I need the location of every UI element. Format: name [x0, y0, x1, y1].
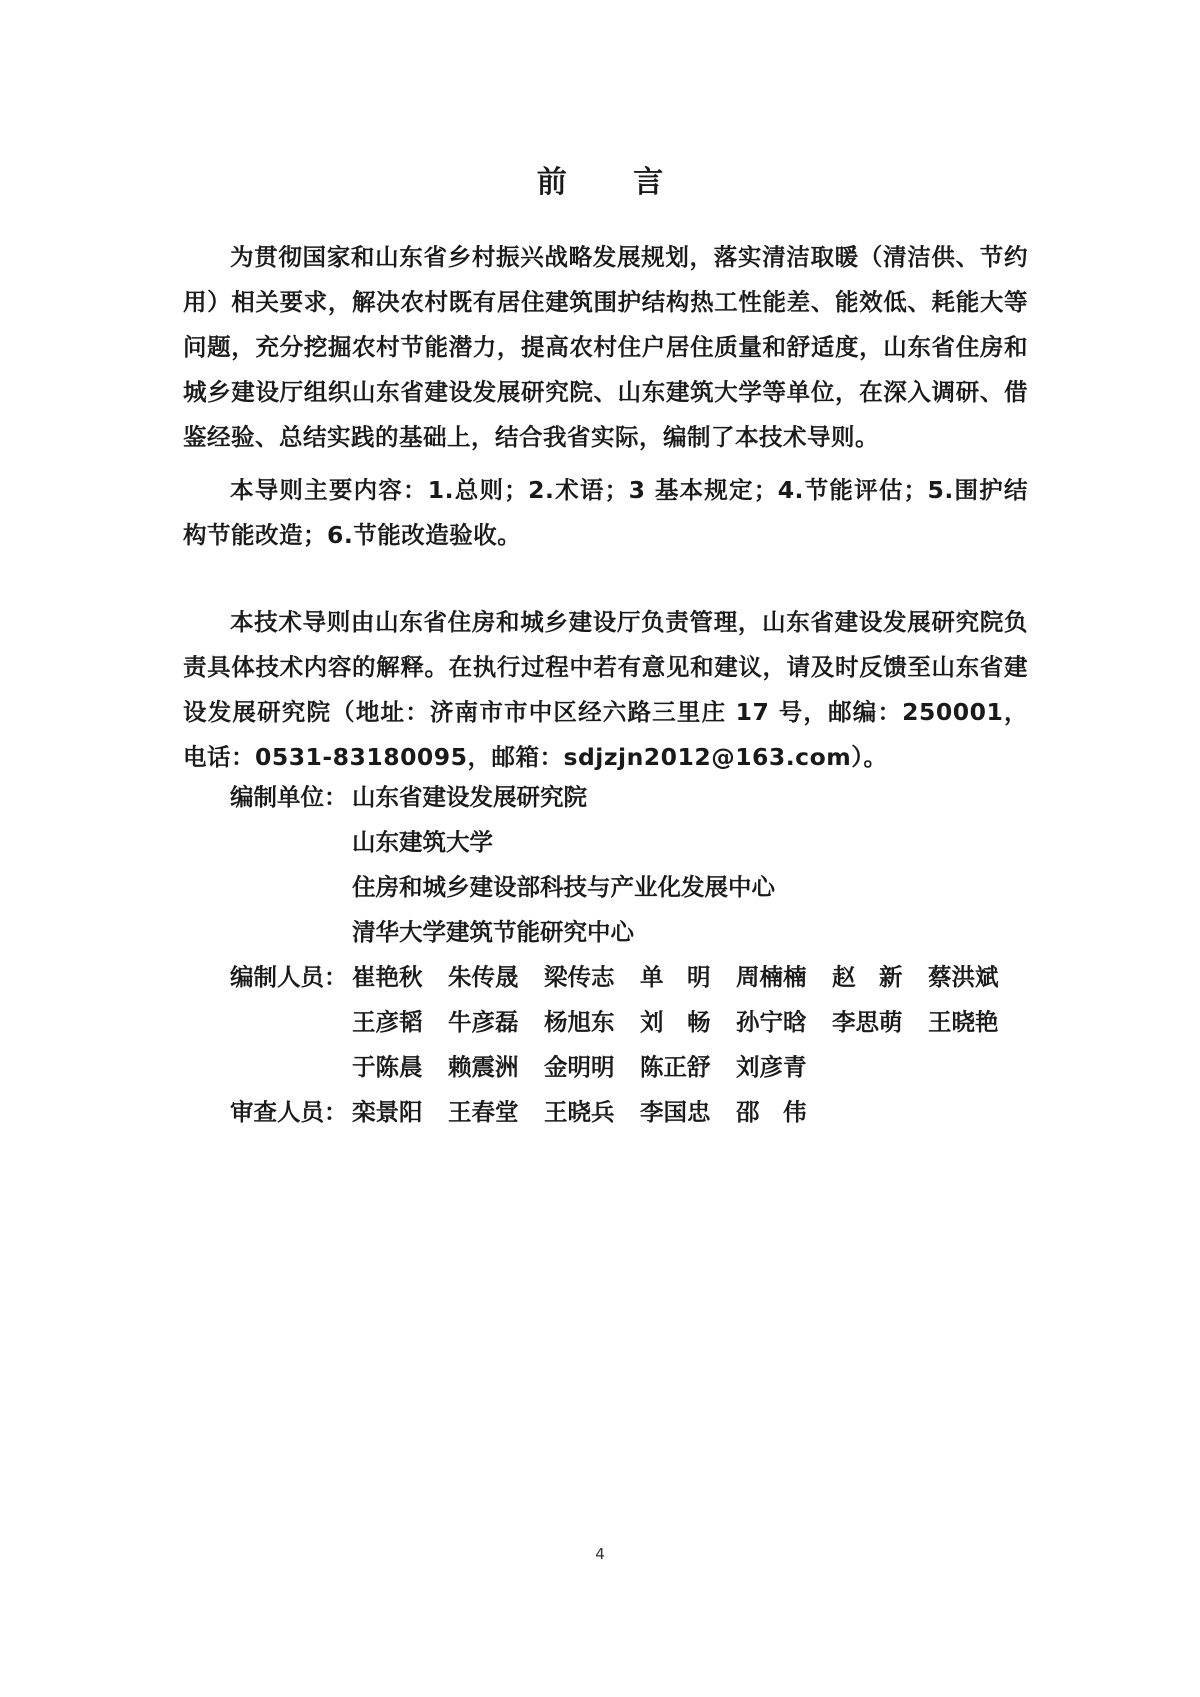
compiling-unit: 山东省建设发展研究院: [352, 775, 587, 820]
compiler-name: 李思萌: [832, 1000, 928, 1045]
compiler-name: 于陈晨: [352, 1045, 448, 1090]
page-title: 前 言: [0, 157, 1200, 201]
compiling-units-row: 住房和城乡建设部科技与产业化发展中心: [230, 865, 1024, 910]
page-number: 4: [0, 1545, 1200, 1563]
compiling-units-row: 山东建筑大学: [230, 820, 1024, 865]
reviewers-names: 栾景阳 王春堂 王晓兵 李国忠 邵 伟: [352, 1090, 832, 1135]
compiler-name: 陈正舒: [640, 1045, 736, 1090]
reviewer-name: 王春堂: [448, 1090, 544, 1135]
credits-section: 编制单位： 山东省建设发展研究院 山东建筑大学 住房和城乡建设部科技与产业化发展…: [230, 775, 1024, 1135]
reviewer-name: 王晓兵: [544, 1090, 640, 1135]
compiling-units-label: 编制单位：: [230, 775, 352, 820]
document-page: 前 言 为贯彻国家和山东省乡村振兴战略发展规划，落实清洁取暖（清洁供、节约用）相…: [0, 0, 1200, 1697]
compiler-name: 崔艳秋: [352, 955, 448, 1000]
compilers-row: 编制人员： 崔艳秋 朱传晟 梁传志 单 明 周楠楠 赵 新 蔡洪斌: [230, 955, 1024, 1000]
compiler-name: 金明明: [544, 1045, 640, 1090]
compiler-name: 单 明: [640, 955, 736, 1000]
compiler-name: 周楠楠: [736, 955, 832, 1000]
compiler-name: 赵 新: [832, 955, 928, 1000]
paragraph-text: 本导则主要内容：1.总则；2.术语；3 基本规定；4.节能评估；5.围护结构节能…: [183, 468, 1028, 558]
compiling-unit: 清华大学建筑节能研究中心: [352, 910, 634, 955]
paragraph-management: 本技术导则由山东省住房和城乡建设厅负责管理，山东省建设发展研究院负责具体技术内容…: [183, 600, 1028, 780]
compiler-name: 杨旭东: [544, 1000, 640, 1045]
paragraph-text: 为贯彻国家和山东省乡村振兴战略发展规划，落实清洁取暖（清洁供、节约用）相关要求，…: [183, 235, 1028, 460]
compiling-unit: 住房和城乡建设部科技与产业化发展中心: [352, 865, 775, 910]
compiler-name: 赖震洲: [448, 1045, 544, 1090]
compilers-names: 王彦韬 牛彦磊 杨旭东 刘 畅 孙宁晗 李思萌 王晓艳: [352, 1000, 1024, 1045]
reviewers-label: 审查人员：: [230, 1090, 352, 1135]
compiler-name: 刘彦青: [736, 1045, 832, 1090]
compilers-names: 于陈晨 赖震洲 金明明 陈正舒 刘彦青: [352, 1045, 832, 1090]
compiler-name: 牛彦磊: [448, 1000, 544, 1045]
compiler-name: 朱传晟: [448, 955, 544, 1000]
compiler-name: 刘 畅: [640, 1000, 736, 1045]
paragraph-contents: 本导则主要内容：1.总则；2.术语；3 基本规定；4.节能评估；5.围护结构节能…: [183, 468, 1028, 558]
reviewer-name: 李国忠: [640, 1090, 736, 1135]
compilers-names: 崔艳秋 朱传晟 梁传志 单 明 周楠楠 赵 新 蔡洪斌: [352, 955, 1024, 1000]
compiling-unit: 山东建筑大学: [352, 820, 493, 865]
compiler-name: 孙宁晗: [736, 1000, 832, 1045]
compiling-units-row: 清华大学建筑节能研究中心: [230, 910, 1024, 955]
compiling-units-row: 编制单位： 山东省建设发展研究院: [230, 775, 1024, 820]
compilers-label: 编制人员：: [230, 955, 352, 1000]
compilers-row: 王彦韬 牛彦磊 杨旭东 刘 畅 孙宁晗 李思萌 王晓艳: [230, 1000, 1024, 1045]
compiler-name: 梁传志: [544, 955, 640, 1000]
reviewer-name: 邵 伟: [736, 1090, 832, 1135]
paragraph-purpose: 为贯彻国家和山东省乡村振兴战略发展规划，落实清洁取暖（清洁供、节约用）相关要求，…: [183, 235, 1028, 460]
paragraph-text: 本技术导则由山东省住房和城乡建设厅负责管理，山东省建设发展研究院负责具体技术内容…: [183, 600, 1028, 780]
compilers-row: 于陈晨 赖震洲 金明明 陈正舒 刘彦青: [230, 1045, 1024, 1090]
reviewers-row: 审查人员： 栾景阳 王春堂 王晓兵 李国忠 邵 伟: [230, 1090, 1024, 1135]
compiler-name: 王彦韬: [352, 1000, 448, 1045]
compiler-name: 蔡洪斌: [928, 955, 1024, 1000]
compiler-name: 王晓艳: [928, 1000, 1024, 1045]
reviewer-name: 栾景阳: [352, 1090, 448, 1135]
